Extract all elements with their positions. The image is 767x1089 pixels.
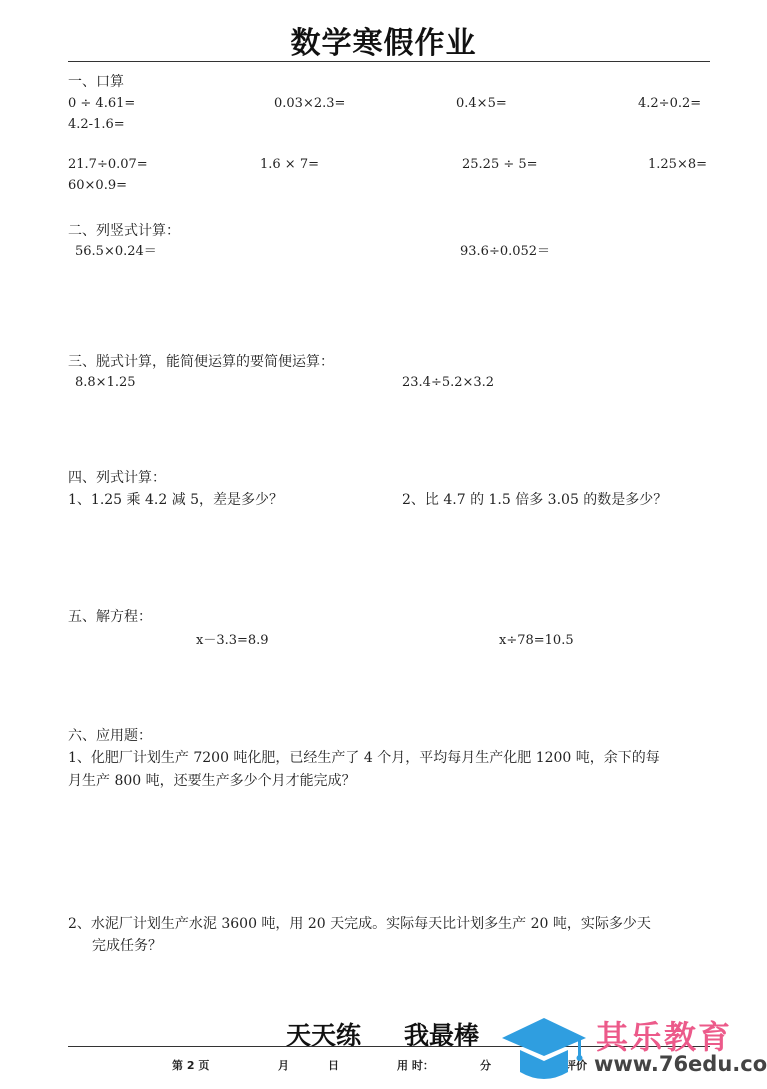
problem: 0 ÷ 4.61= — [68, 96, 135, 112]
section-heading-1: 一、口算 — [68, 74, 124, 90]
time-label: 用 时： — [397, 1057, 434, 1073]
problem: 56.5×0.24＝ — [75, 244, 157, 260]
section-heading-5: 五、解方程： — [68, 609, 152, 625]
header-rule — [68, 61, 710, 62]
problem: 4.2÷0.2= — [638, 96, 701, 112]
word-problem-1-line1: 1、化肥厂计划生产 7200 吨化肥，已经生产了 4 个月，平均每月生产化肥 1… — [68, 750, 660, 766]
problem: 0.4×5= — [456, 96, 507, 112]
section-heading-3: 三、脱式计算，能简便运算的要简便运算： — [68, 354, 334, 370]
equation: x－3.3=8.9 — [196, 633, 269, 649]
day-label: 日 — [328, 1057, 339, 1073]
problem: 0.03×2.3= — [274, 96, 345, 112]
section-heading-4: 四、列式计算： — [68, 470, 166, 486]
problem: 25.25 ÷ 5= — [462, 157, 538, 173]
equation: x÷78=10.5 — [499, 633, 574, 649]
brand-url: www.76edu.com — [594, 1052, 767, 1076]
problem: 60×0.9= — [68, 178, 127, 194]
word-problem-2-line2: 完成任务？ — [92, 938, 162, 954]
month-label: 月 — [278, 1057, 289, 1073]
problem: 8.8×1.25 — [75, 375, 136, 391]
problem: 21.7÷0.07= — [68, 157, 148, 173]
problem: 1、1.25 乘 4.2 减 5，差是多少？ — [68, 492, 283, 508]
problem: 1.25×8= — [648, 157, 707, 173]
minute-label: 分 — [480, 1057, 491, 1073]
graduation-cap-icon — [494, 1014, 594, 1084]
section-heading-6: 六、应用题： — [68, 728, 152, 744]
problem: 2、比 4.7 的 1.5 倍多 3.05 的数是多少？ — [402, 492, 667, 508]
problem: 1.6 × 7= — [260, 157, 319, 173]
word-problem-1-line2: 月生产 800 吨，还要生产多少个月才能完成？ — [68, 773, 356, 789]
page-number: 第 2 页 — [172, 1057, 209, 1073]
problem: 23.4÷5.2×3.2 — [402, 375, 494, 391]
section-heading-2: 二、列竖式计算： — [68, 223, 180, 239]
word-problem-2-line1: 2、水泥厂计划生产水泥 3600 吨，用 20 天完成。实际每天比计划多生产 2… — [68, 916, 651, 932]
page-title: 数学寒假作业 — [0, 18, 767, 62]
problem: 93.6÷0.052＝ — [460, 244, 550, 260]
problem: 4.2-1.6= — [68, 117, 125, 133]
